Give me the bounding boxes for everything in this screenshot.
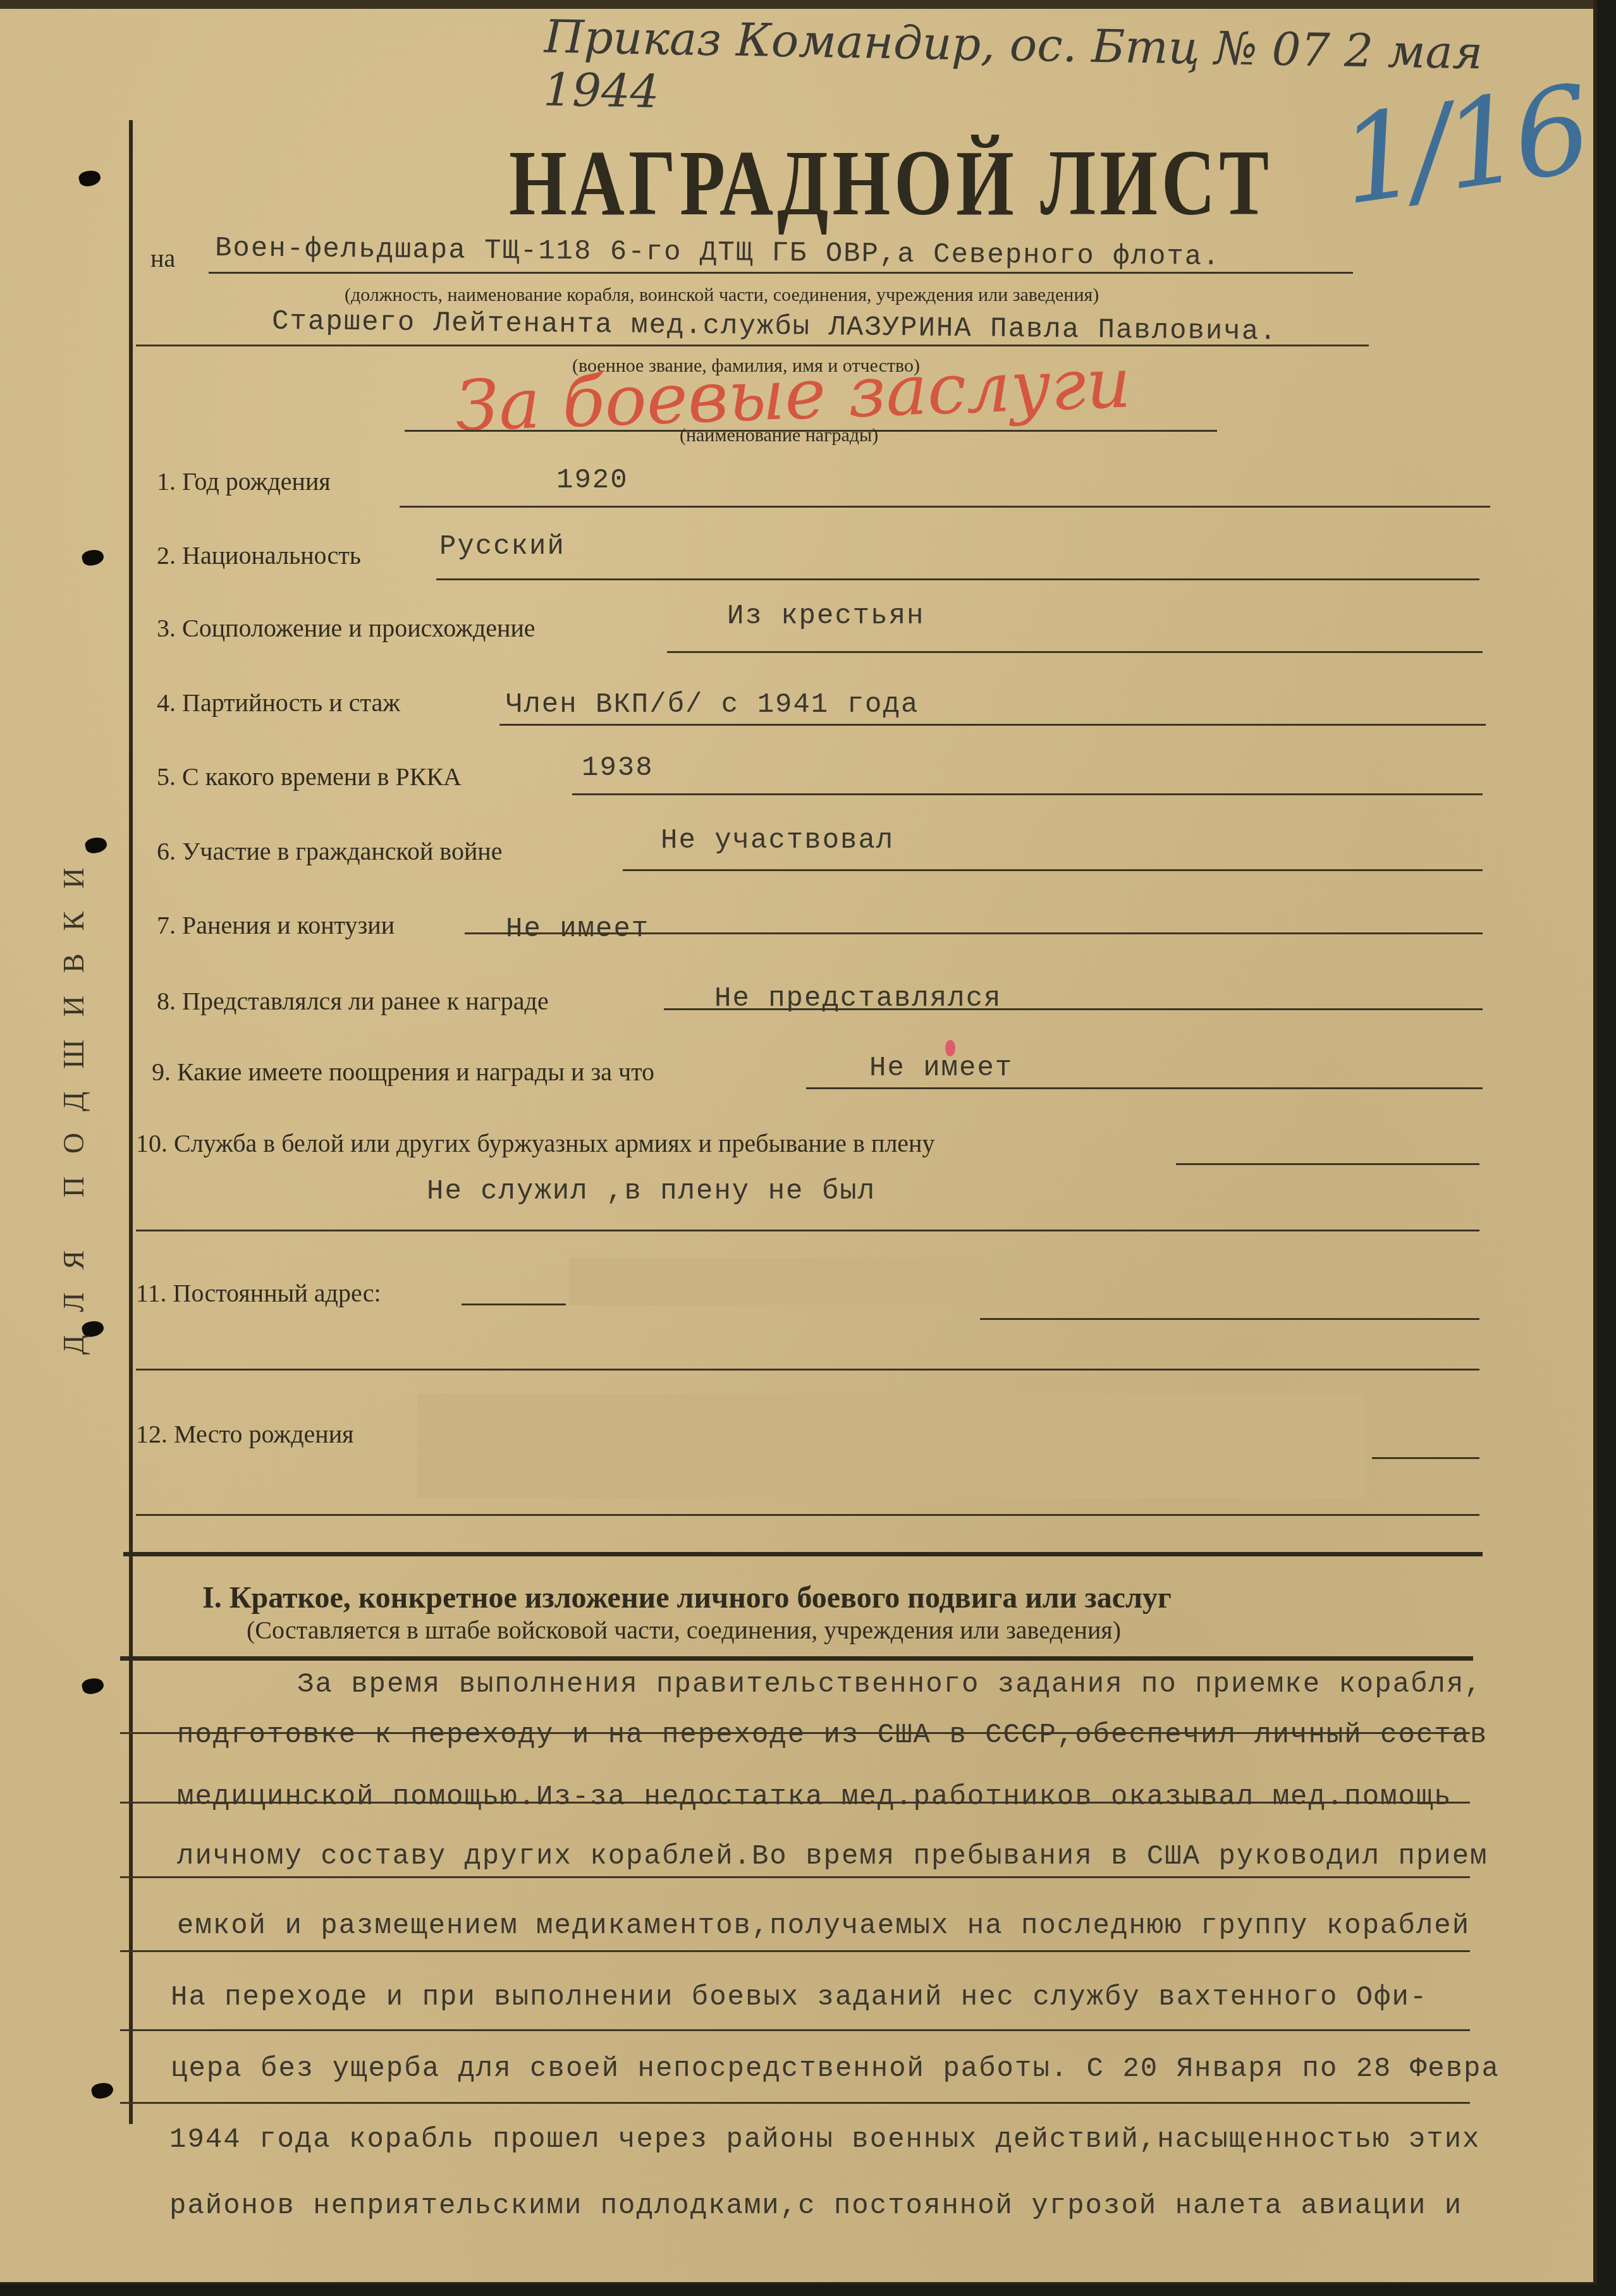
red-ink-spot <box>945 1040 955 1056</box>
scan-top-edge <box>0 0 1593 9</box>
field-label: 7. Ранения и контузии <box>157 910 395 940</box>
narrative-rule <box>120 1950 1470 1952</box>
field-underline <box>572 793 1483 795</box>
narrative-line: 1944 года корабль прошел через районы во… <box>169 2124 1481 2156</box>
narrative-rule <box>120 1732 1470 1734</box>
field-underline <box>462 1304 566 1305</box>
position-value: Воен-фельдшара ТЩ-118 6-го ДТЩ ГБ ОВР,а … <box>215 233 1221 273</box>
binding-hole-icon <box>80 1676 105 1696</box>
field-value[interactable]: 1920 <box>556 465 628 496</box>
narrative-rule <box>120 2102 1470 2104</box>
binding-hole-icon <box>80 547 105 568</box>
field-label: 2. Национальность <box>157 540 361 570</box>
narrative-line: На переходе и при выполнении боевых зада… <box>171 1982 1428 2013</box>
narrative-line: подготовке к переходу и на переходе из С… <box>177 1719 1488 1751</box>
field-underline <box>436 578 1479 580</box>
field-underline <box>136 1230 1479 1231</box>
field-value[interactable]: Русский <box>439 531 565 563</box>
field-underline <box>400 506 1490 508</box>
redacted-birthplace <box>417 1394 1366 1498</box>
narrative-rule <box>120 1802 1470 1804</box>
field-label: 6. Участие в гражданской войне <box>157 836 503 866</box>
field-value[interactable]: Из крестьян <box>727 601 924 632</box>
field-value[interactable]: Не имеет <box>869 1053 1013 1084</box>
narrative-line: медицинской помощью.Из-за недостатка мед… <box>177 1781 1452 1813</box>
field-label: 12. Место рождения <box>136 1419 353 1449</box>
rank-name-value: Старшего Лейтенанта мед.службы ЛАЗУРИНА … <box>272 306 1278 348</box>
narrative-line: личному составу других кораблей.Во время… <box>177 1841 1488 1872</box>
binding-hole-icon <box>90 2080 114 2101</box>
field-label: 8. Представлялся ли ранее к награде <box>157 986 549 1016</box>
field-value[interactable]: Не служил ,в плену не был <box>427 1176 876 1207</box>
narrative-rule <box>120 2029 1470 2031</box>
section-divider <box>123 1552 1483 1556</box>
narrative-line: районов неприятельскими подлодками,с пос… <box>169 2190 1462 2222</box>
field-label: 4. Партийность и стаж <box>157 688 400 717</box>
na-label: на <box>150 243 175 273</box>
field-underline <box>623 869 1483 871</box>
field-underline <box>980 1318 1479 1320</box>
field-underline <box>667 651 1483 653</box>
field-value[interactable]: Член ВКП/б/ с 1941 года <box>506 689 919 721</box>
field-underline <box>806 1087 1483 1089</box>
award-caption: (наименование награды) <box>680 425 878 446</box>
field-value[interactable]: Не участвовал <box>661 825 894 857</box>
field-label: 10. Служба в белой или других буржуазных… <box>136 1128 935 1158</box>
award-sheet-page: Приказ Командир, ос. Бтц № 07 2 мая 1944… <box>0 0 1597 2285</box>
field-label: 9. Какие имеете поощрения и награды и за… <box>152 1057 654 1087</box>
margin-label-for-binding: ДЛЯ ПОДШИВКИ <box>57 803 101 1397</box>
field-underline <box>1372 1457 1479 1459</box>
field-value[interactable]: 1938 <box>582 752 654 784</box>
narrative-line: емкой и размещением медикаментов,получае… <box>177 1910 1470 1942</box>
narrative-line: цера без ущерба для своей непосредственн… <box>171 2053 1500 2085</box>
field-label: 1. Год рождения <box>157 467 331 496</box>
narrative-rule <box>120 1876 1470 1878</box>
position-caption: (должность, наименование корабля, воинск… <box>345 284 1099 306</box>
field-underline <box>499 724 1486 726</box>
section1-heading: I. Краткое, конкретное изложение личного… <box>202 1580 1172 1615</box>
field-label: 5. С какого времени в РККА <box>157 762 462 791</box>
field-label: 11. Постоянный адрес: <box>136 1278 381 1308</box>
section1-heading-rule <box>120 1656 1473 1661</box>
page-title: НАГРАДНОЙ ЛИСТ <box>509 130 1273 237</box>
field-underline <box>664 1008 1483 1010</box>
field-underline <box>465 932 1483 934</box>
rank-name-underline <box>136 345 1369 346</box>
redacted-address <box>569 1258 980 1305</box>
binding-hole-icon <box>77 168 102 188</box>
field-label: 3. Соцположение и происхождение <box>157 613 536 643</box>
narrative-line: За время выполнения правительственного з… <box>297 1669 1483 1701</box>
field-value[interactable]: Не имеет <box>506 913 649 945</box>
field-underline <box>136 1514 1479 1516</box>
position-underline <box>209 272 1353 274</box>
field-underline <box>136 1369 1479 1371</box>
field-underline <box>1176 1163 1479 1165</box>
binding-margin-rule <box>129 120 133 2124</box>
section1-subheading: (Составляется в штабе войсковой части, с… <box>247 1615 1121 1645</box>
